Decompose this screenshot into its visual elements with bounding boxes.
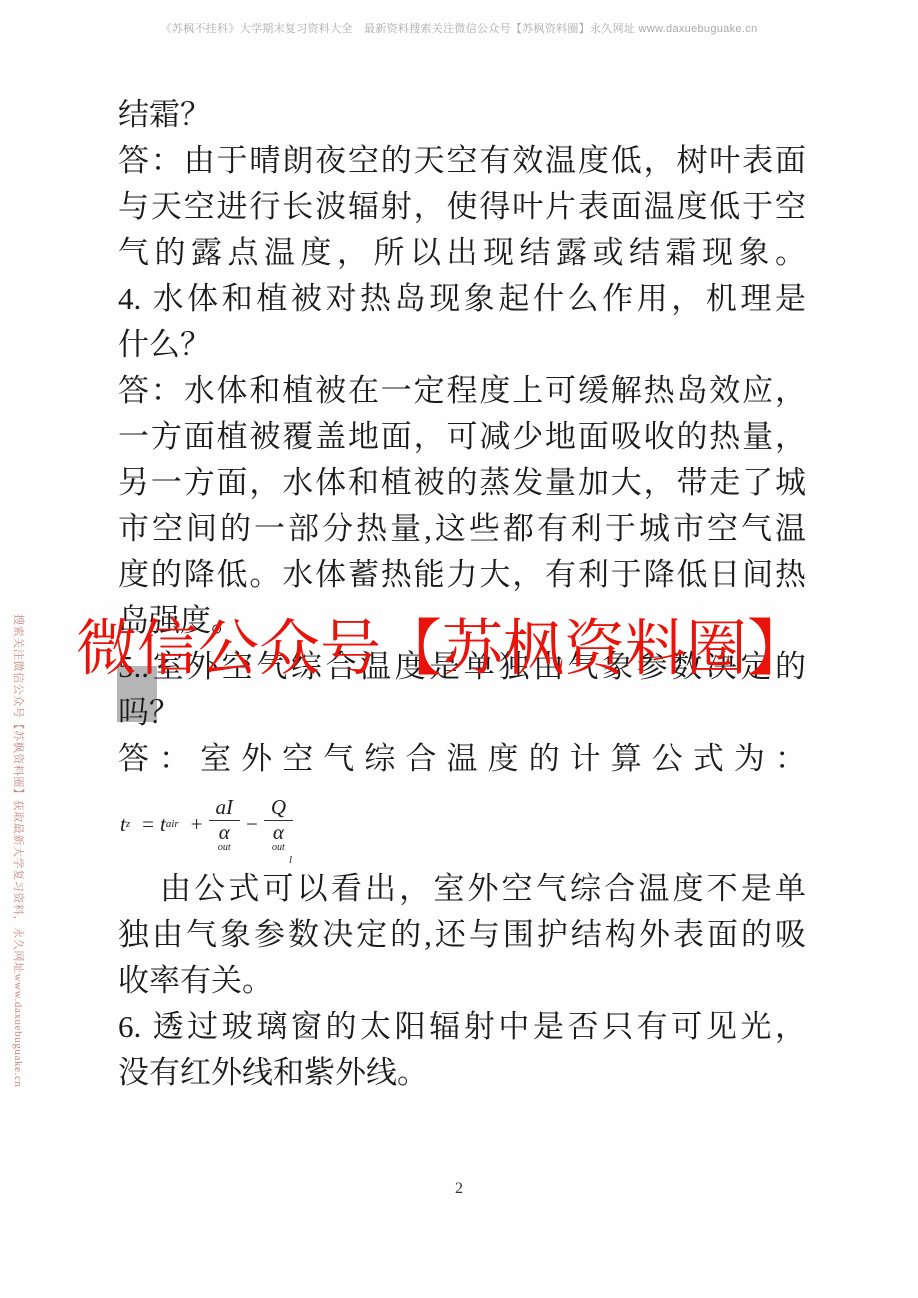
red-watermark-text: 微信公众号【苏枫资料圈】 [76, 600, 808, 687]
formula-frac2-den-sub: out [272, 843, 285, 853]
text-line-question6-1: 6. 透过玻璃窗的太阳辐射中是否只有可见光， [118, 1004, 806, 1050]
formula-frac2-denominator: α [273, 821, 284, 843]
text-line-answer5-3: 收率有关。 [118, 958, 806, 1004]
formula-fraction-2: Q α out [264, 796, 293, 853]
text-line-answer3-1: 答：由于晴朗夜空的天空有效温度低，树叶表面 [118, 138, 806, 184]
text-line-answer3-3: 气的露点温度，所以出现结露或结霜现象。 [118, 230, 806, 276]
text-line-frost-question: 结霜？ [118, 92, 806, 138]
document-body: 结霜？ 答：由于晴朗夜空的天空有效温度低，树叶表面 与天空进行长波辐射，使得叶片… [118, 92, 806, 1096]
text-line-answer5-2: 独由气象参数决定的,还与围护结构外表面的吸 [118, 912, 806, 958]
page-number: 2 [0, 1180, 918, 1198]
formula-q-subscript: l [289, 854, 292, 866]
temperature-formula: tz = tair + aI α out − Q α out l [118, 782, 806, 866]
formula-sub-air: air [166, 818, 179, 830]
text-line-answer5-1: 由公式可以看出，室外空气综合温度不是单 [118, 866, 806, 912]
text-line-answer5-intro: 答：室外空气综合温度的计算公式为： [118, 736, 806, 782]
formula-minus-sign: − [246, 812, 258, 837]
formula-equals-sign: = [142, 812, 154, 837]
text-line-question4-2: 什么？ [118, 322, 806, 368]
text-line-answer3-2: 与天空进行长波辐射，使得叶片表面温度低于空 [118, 184, 806, 230]
document-page: 《苏枫不挂科》大学期末复习资料大全 最新资料搜索关注微信公众号【苏枫资料圈】永久… [0, 0, 918, 1298]
side-watermark-text: 搜索关注微信公众号【苏枫资料圈】获取最新大学复习资料，永久网址www.daxue… [11, 614, 27, 1088]
text-line-question4-1: 4. 水体和植被对热岛现象起什么作用，机理是 [118, 276, 806, 322]
text-line-answer4-3: 另一方面，水体和植被的蒸发量加大，带走了城 [118, 460, 806, 506]
formula-fraction-1: aI α out [209, 796, 241, 853]
text-line-answer4-2: 一方面植被覆盖地面，可减少地面吸收的热量， [118, 414, 806, 460]
text-line-answer4-1: 答：水体和植被在一定程度上可缓解热岛效应， [118, 368, 806, 414]
formula-frac2-numerator: Q [264, 796, 293, 821]
page-header-text: 《苏枫不挂科》大学期末复习资料大全 最新资料搜索关注微信公众号【苏枫资料圈】永久… [0, 20, 918, 36]
text-line-answer4-4: 市空间的一部分热量,这些都有利于城市空气温 [118, 506, 806, 552]
text-line-question6-2: 没有红外线和紫外线。 [118, 1050, 806, 1096]
formula-plus-sign: + [191, 812, 203, 837]
text-line-answer4-5: 度的降低。水体蓄热能力大，有利于降低日间热 [118, 552, 806, 598]
formula-frac1-numerator: aI [209, 796, 241, 821]
formula-sub-z: z [126, 818, 130, 830]
formula-frac1-den-sub: out [218, 843, 231, 853]
formula-frac1-denominator: α [219, 821, 230, 843]
text-line-question5-2: 吗？ [118, 690, 806, 736]
